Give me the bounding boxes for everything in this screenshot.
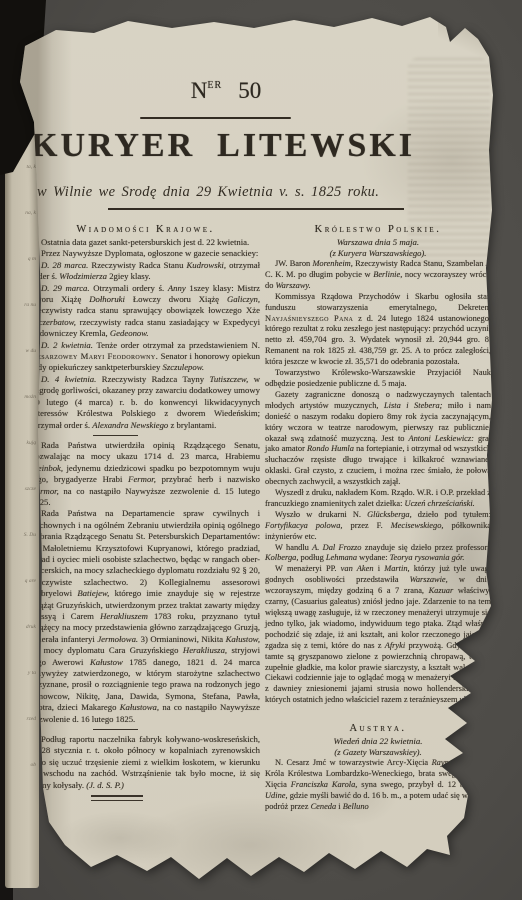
text-run: znayduje się dzieło przez professora: [361, 543, 491, 552]
section-dateline: Wiedeń dnia 22 kwietnia.: [265, 736, 491, 747]
italic-run: Kałustowa,: [120, 702, 159, 712]
text-run: Wiadomości Krajowe.: [76, 224, 214, 235]
section-source: (z Kuryera Warszawskiego).: [265, 248, 491, 259]
issue-superscript: ER: [207, 80, 222, 91]
text-run: Otrzymali ordery ś.: [90, 283, 168, 293]
italic-run: Tutiszczew,: [210, 374, 249, 384]
issue-prefix: N: [191, 78, 208, 103]
newspaper-page: NER50 KURYER LITEWSKI w Wilnie we Srodę …: [0, 0, 522, 900]
paragraph: W menażeryi PP. van Aken i Martin, którz…: [265, 564, 491, 706]
text-run: Rada Państwa utwierdziła opinią Rządzące…: [31, 440, 260, 461]
italic-run: Warszawy.: [275, 281, 310, 290]
section-end-rule: [91, 795, 143, 801]
text-run: podług: [298, 553, 325, 562]
masthead-rule-top: [140, 117, 291, 119]
section-spacer: [265, 706, 491, 722]
italic-run: Steinbok,: [31, 463, 63, 473]
paragraph: Rada Państwa utwierdziła opinią Rządzące…: [31, 440, 260, 508]
italic-run: Afryki: [385, 641, 405, 650]
italic-run: Fortyfikacya polowa,: [265, 521, 343, 530]
paragraph: Ostatnia data gazet sankt-petersburskich…: [31, 237, 260, 248]
issue-number: NER50: [150, 78, 302, 104]
text-run: Rzeczywisty Radca Stanu: [88, 260, 186, 270]
text-run: Warszawa dnia 5 maja.: [337, 237, 419, 247]
italic-run: Anny: [168, 283, 186, 293]
text-run: syna swego, przybył d. 12 b. m. do: [357, 780, 491, 789]
masthead-dateline: w Wilnie we Srodę dnia 29 Kwietnia v. s.…: [37, 184, 382, 201]
paragraph: Przez Naywyższe Dyplomata, ogłoszone w g…: [31, 248, 260, 259]
italic-run: Galiczyn,: [227, 294, 260, 304]
text-run: przez F.: [343, 521, 391, 530]
paragraph: D. 28 marca. Rzeczywisty Radca Stanu Kud…: [31, 260, 260, 283]
text-run: na co nastąpiło Naywyższe zezwolenie d. …: [31, 486, 260, 507]
paragraph: Gazety zagraniczne donoszą o nadzwyczayn…: [265, 390, 491, 488]
text-run: Królestwo Polskie.: [315, 224, 442, 235]
italic-run: Kudrowski,: [187, 260, 227, 270]
italic-run: Szczulepow.: [162, 362, 204, 372]
italic-run: Herakliusza,: [183, 645, 227, 655]
paragraph: Wyszło w drukarni N. Glücksberga, dzieło…: [265, 510, 491, 543]
text-run: rzeczywisty radca stanu sprawujący obowi…: [31, 305, 260, 315]
text-run: Łowczy dworu Xiążę: [125, 294, 227, 304]
paragraph: D. 2 kwietnia. Tenże order otrzymał za p…: [31, 340, 260, 374]
corner-fold: [438, 18, 494, 66]
text-run: Rada Państwa na Departamencie spraw cywi…: [31, 508, 260, 598]
paragraph: Towarzystwo Królewsko-Warszawskie Przyja…: [265, 368, 491, 390]
italic-run: Dołhoruki: [89, 294, 125, 304]
italic-run: Franciszka Karola,: [291, 780, 358, 789]
text-run: Tenże order otrzymał za przedstawieniem …: [93, 340, 260, 350]
italic-run: Gedeonow.: [110, 328, 149, 338]
italic-run: D. 2 kwietnia.: [41, 340, 93, 350]
masthead-rule-bottom: [108, 208, 404, 210]
text-run: W menażeryi PP.: [275, 564, 341, 573]
italic-run: Udine,: [265, 791, 288, 800]
text-run: Przez Naywyższe Dyplomata, ogłoszone w g…: [41, 248, 258, 258]
italic-run: Martin,: [384, 564, 409, 573]
italic-run: D. 28 marca.: [41, 260, 88, 270]
text-run: W handlu: [275, 543, 312, 552]
text-run: Austrya.: [349, 723, 406, 734]
scan-background: zeta ky dota, kna, ką mra nuw dumożnkują…: [0, 0, 522, 900]
italic-run: Uczeń chrześciański.: [405, 499, 475, 508]
paragraph: JW. Baron Morenheim, Rzeczywisty Radca S…: [265, 259, 491, 292]
text-run: 2giey klasy.: [107, 271, 151, 281]
section-heading: Austrya.: [265, 723, 491, 734]
section-rule: [93, 435, 138, 436]
smallcaps-run: Cesarzowey Maryi Feodorowny.: [31, 351, 158, 361]
paragraph: Kommissya Rządowa Przychodów i Skarbu og…: [265, 292, 491, 368]
italic-run: Glücksberga,: [367, 510, 412, 519]
italic-run: Warszawie,: [410, 575, 448, 584]
paragraph: Podług raportu naczelnika fabryk koływan…: [31, 734, 260, 791]
italic-run: Raynerego,: [432, 758, 470, 767]
italic-run: Kolberga,: [265, 553, 298, 562]
italic-run: Rondo Humla: [307, 444, 354, 453]
italic-run: A. Dal Frozzo: [312, 543, 361, 552]
italic-run: Lehmana: [326, 553, 357, 562]
italic-run: D. 29 marca.: [41, 283, 90, 293]
right-column: Królestwo Polskie.Warszawa dnia 5 maja.(…: [265, 223, 491, 813]
paragraph: Wyszedł z druku, nakładem Kom. Rządo. W.…: [265, 488, 491, 510]
section-heading: Królestwo Polskie.: [265, 224, 491, 235]
text-run: Podług raportu naczelnika fabryk koływan…: [31, 734, 260, 790]
text-run: JW. Baron: [275, 259, 312, 268]
italic-run: Kałustow: [90, 657, 123, 667]
italic-run: Lista i Stebera;: [384, 401, 442, 410]
text-run: i: [374, 564, 385, 573]
section-rule: [93, 729, 138, 730]
text-run: (z Gazety Warszawskiey).: [334, 747, 421, 757]
text-run: Towarzystwo Królewsko-Warszawskie Przyja…: [265, 368, 491, 388]
italic-run: Mecisewskiego,: [391, 521, 444, 530]
section-dateline: Warszawa dnia 5 maja.: [265, 237, 491, 248]
text-run: gdzie myśli bawić do d. 16 b. m., a pote…: [265, 791, 491, 811]
italic-run: (J. d. S. P.): [86, 780, 124, 790]
italic-run: D. 4 kwietnia.: [41, 374, 96, 384]
italic-run: Alexandra Newskiego: [92, 420, 168, 430]
text-run: z brylantami.: [168, 420, 216, 430]
masthead-title: KURYER LITEWSKI: [31, 127, 415, 165]
paragraph: D. 29 marca. Otrzymali ordery ś. Anny 1s…: [31, 283, 260, 340]
smallcaps-run: Nayjaśnieyszego Pana: [265, 314, 353, 323]
section-source: (z Gazety Warszawskiey).: [265, 747, 491, 758]
text-run: Kommissya Rządowa Przychodów i Skarbu og…: [265, 292, 491, 312]
text-run: przywożą. Gdy bowiem tamte są gryszpanow…: [265, 641, 491, 705]
text-run: Rzeczywisty Radzca Tayny: [96, 374, 209, 384]
italic-run: Herakliuszem: [100, 611, 148, 621]
text-run: przybrać herb i nazwisko: [156, 474, 260, 484]
text-run: Wyszło w drukarni N.: [275, 510, 367, 519]
italic-run: Berlinie,: [373, 270, 402, 279]
text-run: wydane:: [357, 553, 390, 562]
italic-run: Jermołowa.: [97, 634, 138, 644]
italic-run: Włodzimierza: [59, 271, 107, 281]
masthead-title-word-1: KURYER: [31, 127, 195, 165]
italic-run: Batiejew,: [77, 588, 109, 598]
text-run: N. Cesarz Jmć w towarzystwie Arcy-Xięcia: [275, 758, 432, 767]
issue-value: 50: [238, 78, 261, 103]
text-run: na mocy dyplomatu Cara Gruzyńskiego: [31, 645, 183, 655]
text-run: Ostatnia data gazet sankt-petersburskich…: [41, 237, 249, 247]
italic-run: Teorya rysowania gór.: [390, 553, 465, 562]
text-run: dzieło pod tytułem:: [412, 510, 491, 519]
italic-run: van Aken: [341, 564, 374, 573]
text-run: Wiedeń dnia 22 kwietnia.: [334, 736, 423, 746]
italic-run: Fermor,: [128, 474, 156, 484]
section-heading: Wiadomości Krajowe.: [31, 224, 260, 235]
text-run: (z Kuryera Warszawskiego).: [330, 248, 427, 258]
italic-run: Fermor,: [31, 486, 59, 496]
paragraph: W handlu A. Dal Frozzo znayduje się dzie…: [265, 543, 491, 565]
italic-run: Ceneda: [311, 802, 337, 811]
masthead-title-word-2: LITEWSKI: [217, 127, 415, 165]
paragraph: D. 4 kwietnia. Rzeczywisty Radzca Tayny …: [31, 374, 260, 431]
text-run: 3) Ormianinowi, Nikita: [138, 634, 226, 644]
paragraph: Rada Państwa na Departamencie spraw cywi…: [31, 508, 260, 725]
italic-run: Antoni Leskiewicz:: [409, 434, 474, 443]
italic-run: Kałustow,: [226, 634, 260, 644]
paragraph: N. Cesarz Jmć w towarzystwie Arcy-Xięcia…: [265, 758, 491, 813]
italic-run: Szczerbatow,: [31, 317, 76, 327]
newspaper-sheet-wrap: NER50 KURYER LITEWSKI w Wilnie we Srodę …: [0, 0, 522, 900]
left-column: Wiadomości Krajowe.Ostatnia data gazet s…: [31, 223, 260, 801]
italic-run: Belluno: [343, 802, 369, 811]
italic-run: Kazuar: [429, 586, 454, 595]
italic-run: Morenheim,: [312, 259, 352, 268]
